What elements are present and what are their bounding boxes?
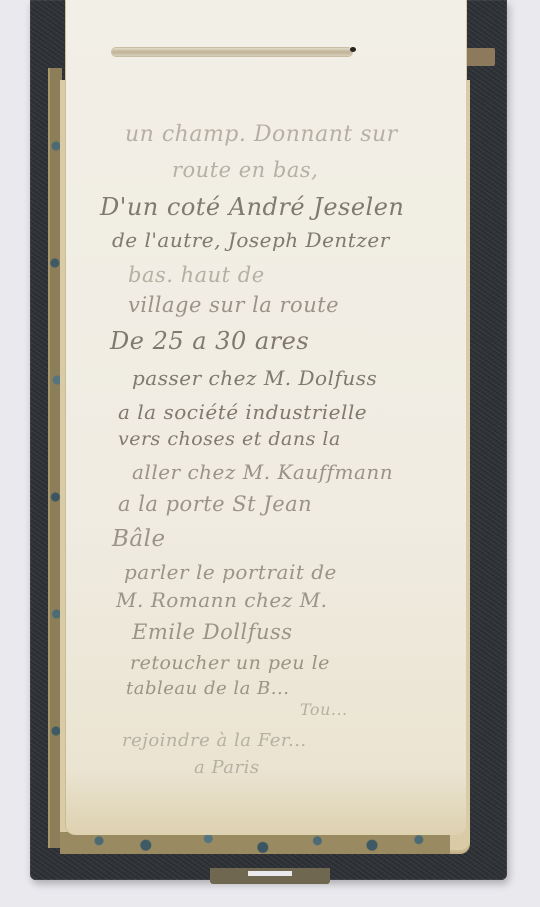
perforation-slot [112, 48, 352, 56]
handwriting-line-16: Emile Dollfuss [132, 620, 293, 644]
handwriting-line-2: route en bas, [172, 158, 318, 182]
handwriting-line-18: tableau de la B... [126, 678, 289, 699]
handwriting-line-13: Bâle [112, 526, 166, 552]
handwriting-line-1: un champ. Donnant sur [125, 122, 398, 147]
handwriting-line-21: a Paris [194, 757, 260, 778]
handwriting-line-17: retoucher un peu le [130, 652, 330, 674]
marbled-page-edge-bottom [60, 832, 450, 854]
handwriting-line-8: passer chez M. Dolfuss [132, 366, 377, 390]
handwriting-line-4: de l'autre, Joseph Dentzer [112, 228, 390, 252]
pencil-clasp [210, 868, 330, 884]
handwriting-line-15: M. Romann chez M. [116, 588, 327, 612]
handwriting-text: passer chez M. Dolfuss [132, 366, 377, 390]
handwriting-line-20: rejoindre à la Fer... [122, 730, 307, 751]
handwriting-line-14: parler le portrait de [124, 560, 337, 584]
handwriting-line-12: a la porte St Jean [118, 492, 312, 516]
handwriting-line-10: vers choses et dans la [118, 428, 341, 450]
handwriting-line-9: a la société industrielle [118, 400, 367, 424]
handwriting-line-5: bas. haut de [128, 263, 265, 287]
handwriting-line-11: aller chez M. Kauffmann [132, 460, 393, 484]
handwriting-line-3: D'un coté André Jeselen [100, 193, 404, 221]
handwriting-line-7: De 25 a 30 ares [110, 327, 309, 355]
cover-corner-tab [465, 48, 495, 66]
handwriting-line-6: village sur la route [128, 293, 339, 317]
handwriting-line-19: Tou... [300, 700, 348, 719]
